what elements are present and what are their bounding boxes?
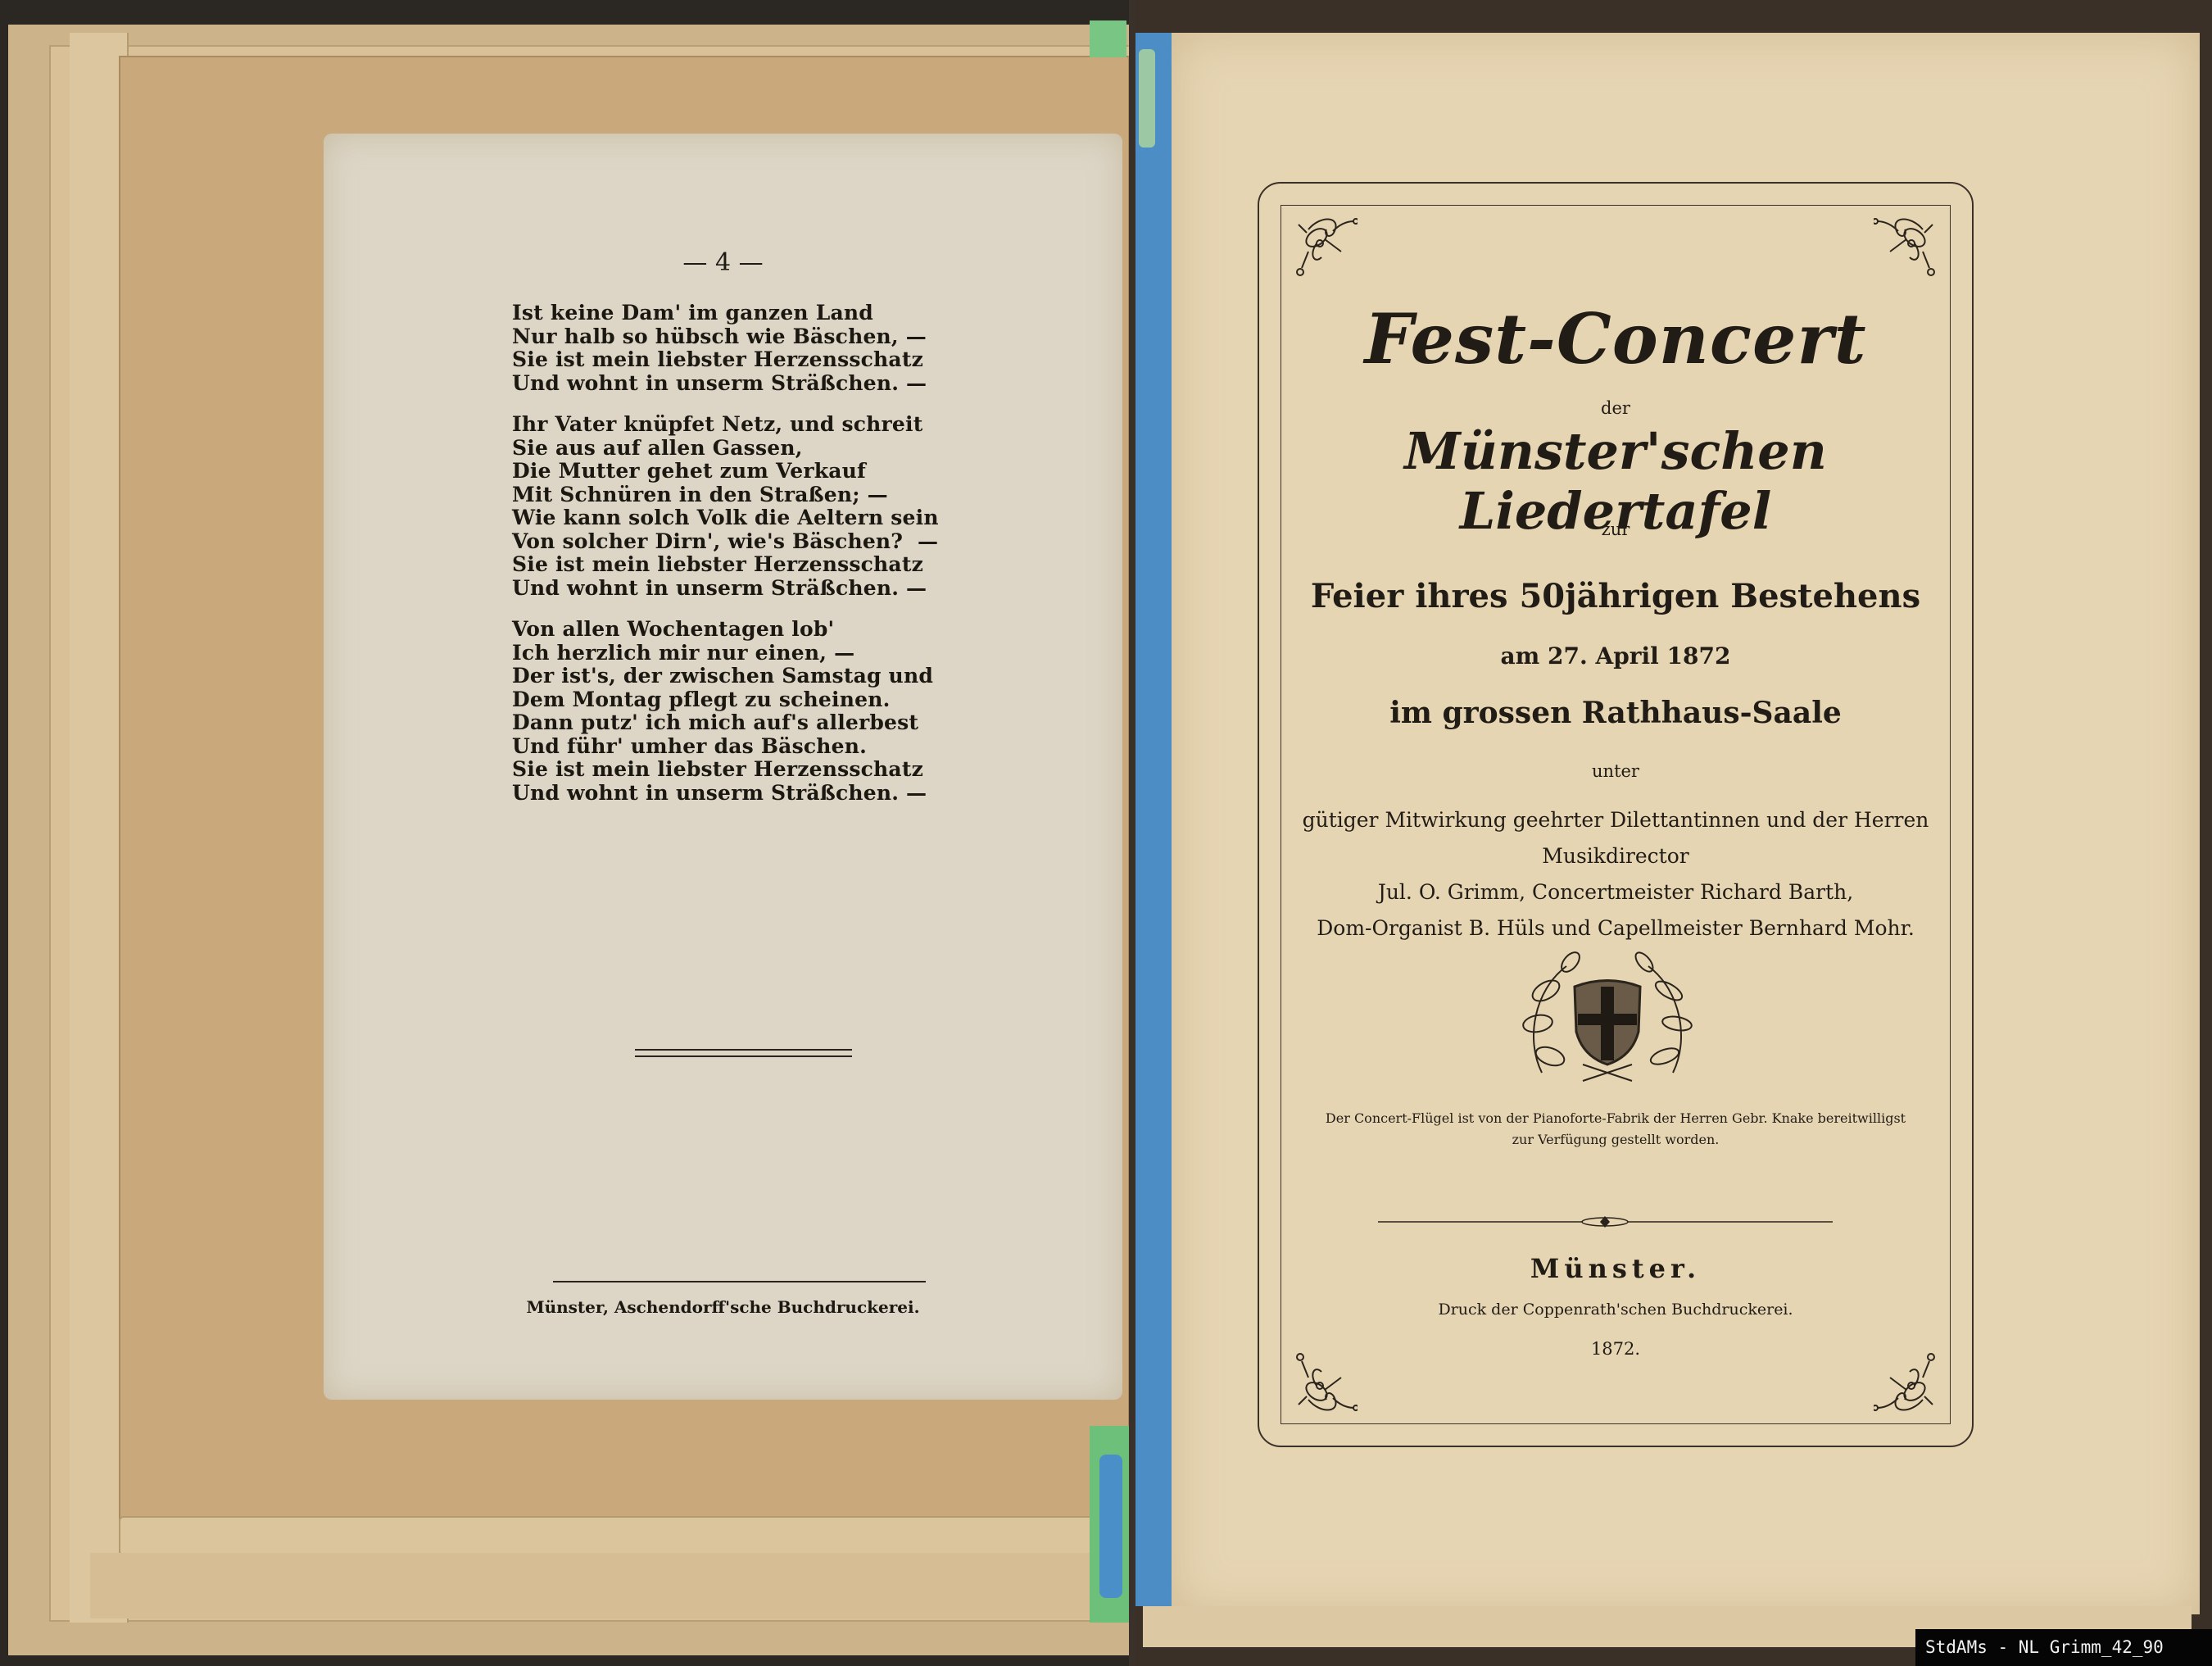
publication-city: Münster. [1259, 1253, 1972, 1284]
poem-line: Sie ist mein liebster Herzensschatz [512, 553, 939, 577]
occasion: Feier ihres 50jährigen Bestehens [1259, 577, 1972, 615]
archive-reference-label: StdAMs - NL Grimm_42_90 [1915, 1629, 2212, 1666]
piano-credit-note: Der Concert-Flügel ist von der Pianofort… [1259, 1108, 1972, 1151]
concert-title: Fest-Concert [1259, 298, 1972, 379]
poem-line: Dem Montag pflegt zu scheinen. [512, 688, 939, 712]
double-rule-divider [635, 1049, 852, 1057]
poem-line: Von allen Wochentagen lob' [512, 618, 939, 642]
poem-line: Sie aus auf allen Gassen, [512, 437, 939, 461]
poem-line: Mit Schnüren in den Straßen; — [512, 483, 939, 507]
poem-line: Wie kann solch Volk die Aeltern sein [512, 506, 939, 530]
credit-line: gütiger Mitwirkung geehrter Dilettantinn… [1259, 802, 1972, 874]
book-gutter [1129, 0, 1135, 1666]
poem-line: Von solcher Dirn', wie's Bäschen? — [512, 530, 939, 554]
poem-line: Und wohnt in unserm Sträßchen. — [512, 372, 939, 396]
poem-line: Und wohnt in unserm Sträßchen. — [512, 577, 939, 601]
corner-flourish-icon [1284, 207, 1358, 280]
piano-note-line: zur Verfügung gestellt worden. [1259, 1129, 1972, 1151]
title-page-frame: Fest-Concert der Münster'schen Liedertaf… [1258, 182, 1974, 1447]
coat-of-arms-wreath-icon [1509, 942, 1706, 1089]
poem-line: Und wohnt in unserm Sträßchen. — [512, 782, 939, 806]
performer-credits: gütiger Mitwirkung geehrter Dilettantinn… [1259, 802, 1972, 946]
poem-line: Die Mutter gehet zum Verkauf [512, 460, 939, 483]
corner-flourish-icon [1874, 1349, 1947, 1423]
concert-date: am 27. April 1872 [1259, 642, 1972, 670]
poem-line: Nur halb so hübsch wie Bäschen, — [512, 325, 939, 349]
imprint-rule [553, 1281, 926, 1282]
spine-green-patch-top [1090, 20, 1126, 57]
spine-blue-patch [1099, 1455, 1122, 1598]
left-bottom-strip [119, 1516, 1134, 1556]
poem-line: Ich herzlich mir nur einen, — [512, 642, 939, 665]
printer-imprint: Münster, Aschendorff'sche Buchdruckerei. [324, 1297, 1122, 1317]
inserted-program-page: — 4 — Ist keine Dam' im ganzen Land Nur … [324, 134, 1122, 1400]
connector-der: der [1259, 398, 1972, 418]
poem-line: Ihr Vater knüpfet Netz, und schreit [512, 413, 939, 437]
poem: Ist keine Dam' im ganzen Land Nur halb s… [512, 302, 939, 823]
credit-line: Jul. O. Grimm, Concertmeister Richard Ba… [1259, 874, 1972, 910]
poem-line: Dann putz' ich mich auf's allerbest [512, 711, 939, 735]
stanza-3: Von allen Wochentagen lob' Ich herzlich … [512, 618, 939, 805]
connector-unter: unter [1259, 761, 1972, 781]
poem-line: Ist keine Dam' im ganzen Land [512, 302, 939, 325]
piano-note-line: Der Concert-Flügel ist von der Pianofort… [1259, 1108, 1972, 1129]
ornamental-rule-divider [1378, 1216, 1833, 1228]
page-number: — 4 — [324, 248, 1122, 277]
poem-line: Sie ist mein liebster Herzensschatz [512, 758, 939, 782]
connector-zur: zur [1259, 520, 1972, 539]
stanza-1: Ist keine Dam' im ganzen Land Nur halb s… [512, 302, 939, 395]
left-bottom-edge [90, 1553, 1131, 1618]
poem-line: Der ist's, der zwischen Samstag und [512, 665, 939, 688]
poem-line: Und führ' umher das Bäschen. [512, 735, 939, 759]
corner-flourish-icon [1284, 1349, 1358, 1423]
stanza-2: Ihr Vater knüpfet Netz, und schreit Sie … [512, 413, 939, 600]
publication-year: 1872. [1259, 1339, 1972, 1359]
printer-credit: Druck der Coppenrath'schen Buchdruckerei… [1259, 1301, 1972, 1319]
corner-flourish-icon [1874, 207, 1947, 280]
spine-blue-binding-strip [1135, 33, 1172, 1606]
spine-stain [1139, 49, 1155, 148]
concert-venue: im grossen Rathhaus-Saale [1259, 696, 1972, 730]
poem-line: Sie ist mein liebster Herzensschatz [512, 348, 939, 372]
